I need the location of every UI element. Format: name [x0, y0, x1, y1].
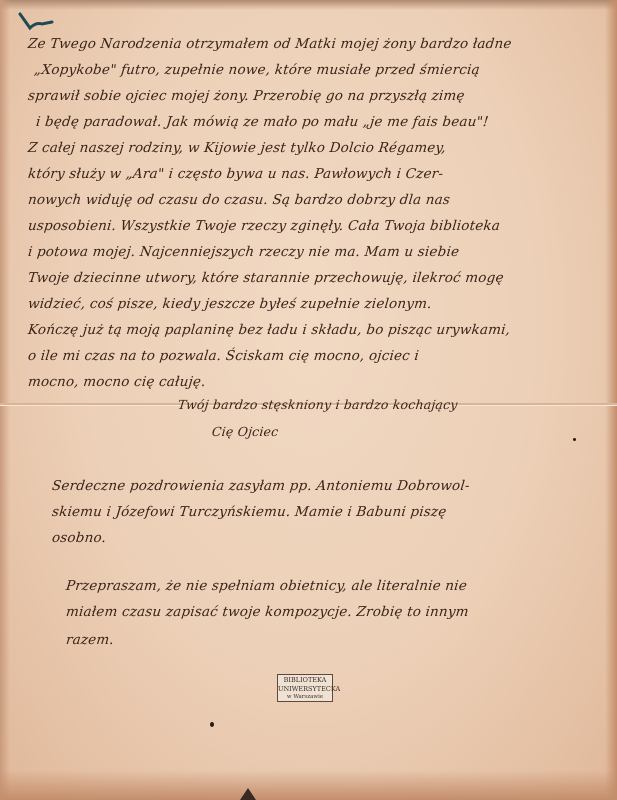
stamp-line-3: w Warszawie [278, 693, 332, 702]
body-line: i potowa mojej. Najcenniejszych rzeczy n… [27, 244, 460, 260]
body-line: „Xopykobe" futro, zupełnie nowe, które m… [33, 62, 481, 78]
letter-page: Ze Twego Narodzenia otrzymałem od Matki … [0, 0, 617, 800]
body-line: o ile mi czas na to pozwala. Ściskam cię… [27, 348, 420, 364]
ps-line: osobno. [51, 530, 107, 546]
body-line: i będę paradował. Jak mówią ze mało po m… [35, 114, 489, 130]
body-line: mocno, mocno cię całuję. [27, 374, 206, 390]
body-line: Ze Twego Narodzenia otrzymałem od Matki … [27, 36, 512, 52]
ink-dot [210, 722, 214, 727]
ps-line: skiemu i Józefowi Turczyńskiemu. Mamie i… [51, 504, 447, 520]
closing-line: Twój bardzo stęskniony i bardzo kochając… [177, 397, 458, 412]
body-line: sprawił sobie ojciec mojej żony. Przerob… [27, 88, 465, 104]
ps-line: Serdeczne pozdrowienia zasyłam pp. Anton… [51, 478, 470, 494]
library-stamp: BIBLIOTEKA UNIWERSYTECKA w Warszawie [277, 674, 333, 702]
ps-line: Przepraszam, że nie spełniam obietnicy, … [65, 578, 468, 594]
paper-edge-left [0, 0, 10, 800]
paper-edge-right [605, 0, 617, 800]
paper-edge-bottom [0, 770, 617, 800]
ps-line: razem. [65, 632, 115, 648]
ink-dot [573, 438, 576, 441]
body-line: Twoje dziecinne utwory, które starannie … [27, 270, 504, 286]
body-line: Kończę już tą moją paplaninę bez ładu i … [27, 322, 511, 338]
ps-line: miałem czasu zapisać twoje kompozycje. Z… [65, 604, 469, 620]
body-line: Z całej naszej rodziny, w Kijowie jest t… [27, 140, 447, 156]
signature: Cię Ojciec [211, 424, 279, 439]
body-line: usposobieni. Wszystkie Twoje rzeczy zgin… [27, 218, 501, 234]
body-line: widzieć, coś pisze, kiedy jeszcze byłeś … [27, 296, 432, 312]
stamp-line-1: BIBLIOTEKA [278, 676, 332, 685]
ink-scribble-icon [18, 12, 54, 34]
paper-tear [240, 788, 256, 800]
stamp-line-2: UNIWERSYTECKA [278, 685, 332, 694]
paper-edge-top [0, 0, 617, 10]
body-line: który służy w „Ara" i często bywa u nas.… [27, 166, 444, 182]
body-line: nowych widuję od czasu do czasu. Są bard… [27, 192, 451, 208]
